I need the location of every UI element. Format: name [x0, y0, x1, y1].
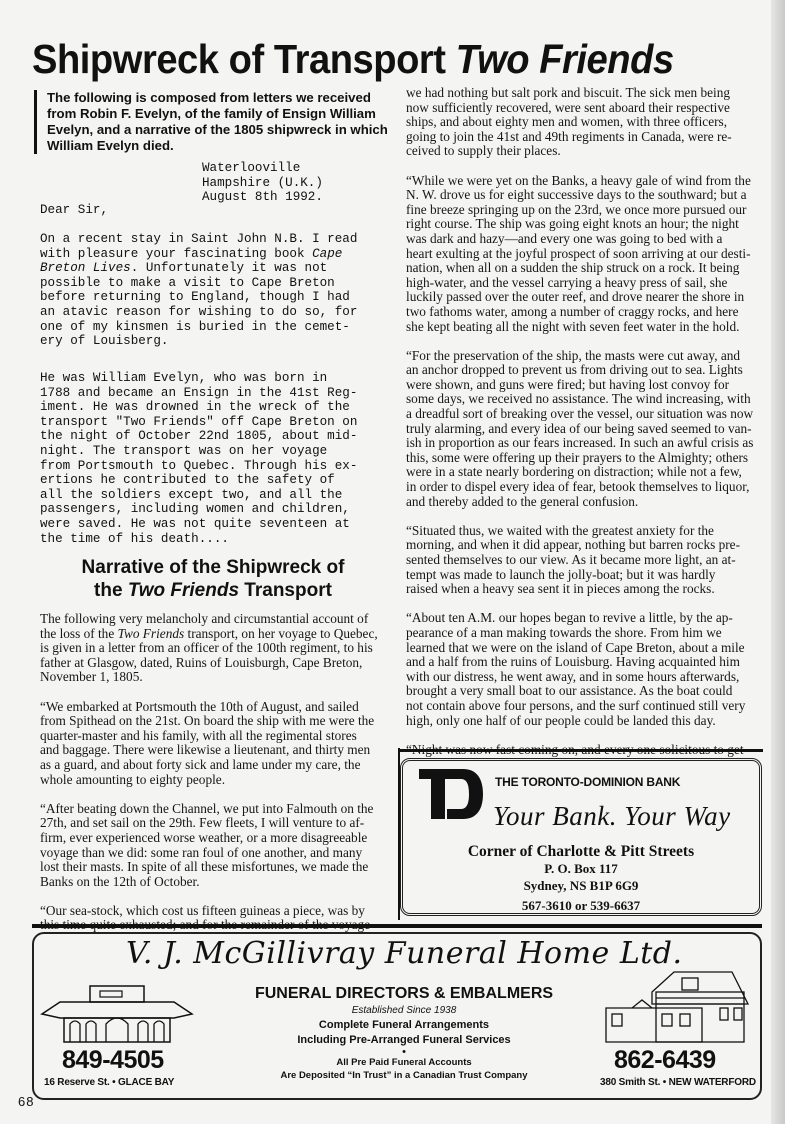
bank-phones: 567-3610 or 539-6637 — [403, 897, 759, 914]
services-heading: FUNERAL DIRECTORS & EMBALMERS — [234, 984, 574, 1004]
heading-italic: Two Friends — [128, 580, 239, 601]
glace-bay-address: 16 Reserve St. • GLACE BAY — [44, 1077, 174, 1088]
funeral-home-name: V. J. McGillivray Funeral Home Ltd. — [126, 936, 683, 971]
title-plain: Shipwreck of Transport — [32, 36, 456, 82]
heading-line: Narrative of the Shipwreck of — [82, 557, 345, 578]
narrative-paragraph: “After beating down the Channel, we put … — [40, 802, 398, 890]
bullet-separator: • — [234, 1048, 574, 1056]
narrative-paragraph: “For the preservation of the ship, the m… — [406, 349, 758, 510]
heading-text: the — [94, 580, 128, 601]
narrative-heading: Narrative of the Shipwreck ofthe Two Fri… — [40, 556, 386, 602]
text-line: . Unfortunately it was not — [131, 261, 328, 275]
ship-name: Two Friends — [118, 626, 185, 641]
page-number: 68 — [18, 1094, 34, 1109]
page-title: Shipwreck of Transport Two Friends — [32, 36, 674, 83]
text-line: an atavic reason for wishing to do so, f… — [40, 305, 357, 319]
letter-address: Waterlooville Hampshire (U.K.) August 8t… — [202, 161, 323, 205]
letter-paragraph-2: He was William Evelyn, who was born in 1… — [40, 371, 357, 546]
bank-city: Sydney, NS B1P 6G9 — [403, 877, 759, 894]
established-year: Established Since 1938 — [234, 1004, 574, 1018]
funeral-home-advertisement: V. J. McGillivray Funeral Home Ltd. FUNE… — [32, 932, 762, 1100]
narrative-paragraph: we had nothing but salt pork and biscuit… — [406, 86, 758, 159]
text-line: before returning to England, though I ha… — [40, 290, 350, 304]
narrative-paragraph: “While we were yet on the Banks, a heavy… — [406, 174, 758, 335]
glace-bay-phone: 849-4505 — [62, 1046, 164, 1075]
td-logo-icon — [419, 769, 483, 819]
heading-text: Transport — [239, 580, 332, 601]
new-waterford-house-icon — [602, 964, 752, 1044]
address-date: August 8th 1992. — [202, 190, 323, 204]
text-line: one of my kinsmen is buried in the cemet… — [40, 320, 350, 334]
divider-horizontal — [398, 749, 763, 752]
text-line: with pleasure your fascinating book — [40, 247, 312, 261]
new-waterford-phone: 862-6439 — [614, 1046, 716, 1075]
bank-slogan: Your Bank. Your Way — [493, 801, 731, 832]
funeral-home-services: FUNERAL DIRECTORS & EMBALMERS Establishe… — [234, 984, 574, 1082]
narrative-paragraph: “About ten A.M. our hopes began to reviv… — [406, 611, 758, 728]
service-line: Complete Funeral Arrangements — [234, 1018, 574, 1033]
text-line: possible to make a visit to Cape Breton — [40, 276, 335, 290]
intro-blurb: The following is composed from letters w… — [34, 90, 394, 154]
text-line: On a recent stay in Saint John N.B. I re… — [40, 232, 357, 246]
narrative-left-column: The following very melancholy and circum… — [40, 612, 398, 948]
bank-name: THE TORONTO-DOMINION BANK — [495, 775, 680, 789]
bank-po-box: P. O. Box 117 — [403, 860, 759, 877]
bank-address: Corner of Charlotte & Pitt Streets — [403, 843, 759, 860]
book-title: Breton Lives — [40, 261, 131, 275]
narrative-paragraph: “We embarked at Portsmouth the 10th of A… — [40, 700, 398, 788]
narrative-right-column: we had nothing but salt pork and biscuit… — [406, 86, 758, 816]
title-italic: Two Friends — [456, 36, 674, 82]
divider-horizontal — [32, 924, 762, 928]
letter-paragraph-1: On a recent stay in Saint John N.B. I re… — [40, 232, 357, 349]
address-line: Hampshire (U.K.) — [202, 176, 323, 190]
letter-salutation: Dear Sir, — [40, 203, 108, 218]
glace-bay-building-icon — [40, 984, 194, 1044]
page-edge-shadow — [771, 0, 785, 1124]
narrative-paragraph: “Our sea-stock, which cost us fifteen gu… — [40, 904, 398, 933]
book-title: Cape — [312, 247, 342, 261]
narrative-paragraph: “Situated thus, we waited with the great… — [406, 524, 758, 597]
text-line: ery of Louisberg. — [40, 334, 168, 348]
td-bank-advertisement: THE TORONTO-DOMINION BANK Your Bank. You… — [400, 758, 762, 916]
trust-line: All Pre Paid Funeral Accounts — [234, 1056, 574, 1069]
trust-line: Are Deposited “In Trust” in a Canadian T… — [234, 1069, 574, 1082]
address-line: Waterlooville — [202, 161, 300, 175]
new-waterford-address: 380 Smith St. • NEW WATERFORD — [600, 1077, 756, 1088]
narrative-intro: The following very melancholy and circum… — [40, 612, 398, 685]
bank-contact: Corner of Charlotte & Pitt Streets P. O.… — [403, 843, 759, 914]
